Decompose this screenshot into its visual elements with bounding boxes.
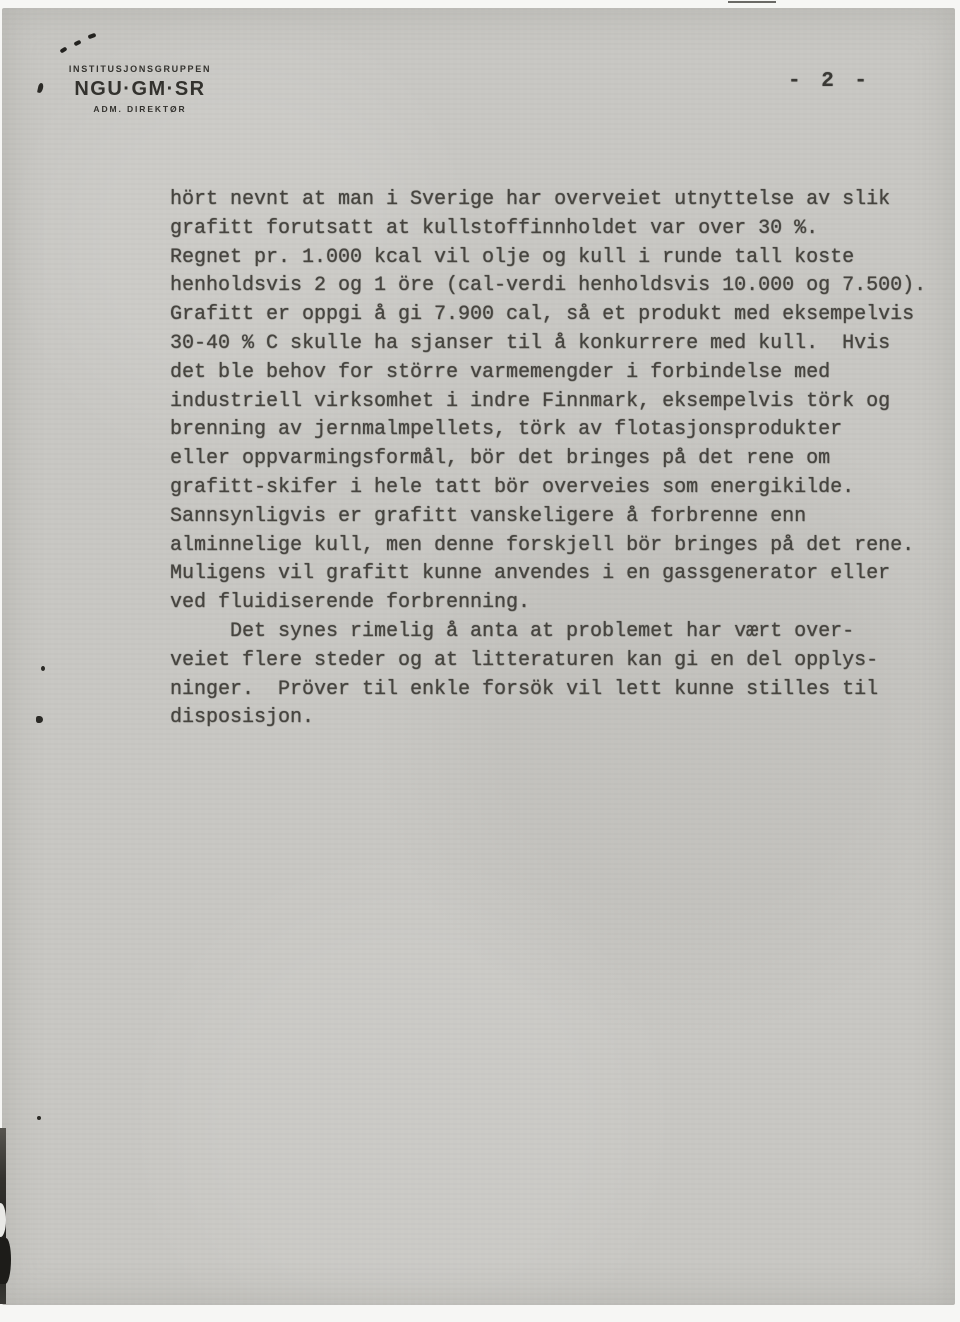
text-line: alminnelige kull, men denne forskjell bö… bbox=[170, 532, 930, 561]
text-line: 30-40 % C skulle ha sjanser til å konkur… bbox=[170, 330, 930, 359]
letterhead-director-title: ADM. DIREKTØR bbox=[60, 104, 220, 114]
text-line: ninger. Pröver til enkle forsök vil lett… bbox=[170, 676, 930, 705]
scan-canvas: INSTITUSJONSGRUPPEN NGU·GM·SR ADM. DIREK… bbox=[0, 0, 960, 1322]
letterhead-org-name: NGU·GM·SR bbox=[60, 78, 220, 101]
letterhead: INSTITUSJONSGRUPPEN NGU·GM·SR ADM. DIREK… bbox=[60, 64, 220, 114]
text-line: industriell virksomhet i indre Finnmark,… bbox=[170, 388, 930, 417]
letterhead-group-name: INSTITUSJONSGRUPPEN bbox=[60, 64, 220, 74]
text-line: grafitt forutsatt at kullstoffinnholdet … bbox=[170, 215, 930, 244]
ink-speck bbox=[88, 33, 97, 39]
text-line: Muligens vil grafitt kunne anvendes i en… bbox=[170, 560, 930, 589]
text-line: veiet flere steder og at litteraturen ka… bbox=[170, 647, 930, 676]
ink-speck bbox=[73, 40, 81, 47]
ink-speck bbox=[37, 83, 44, 94]
text-line: Sannsynligvis er grafitt vanskeligere å … bbox=[170, 503, 930, 532]
text-line: eller oppvarmingsformål, bör det bringes… bbox=[170, 445, 930, 474]
ink-speck bbox=[41, 666, 45, 671]
text-line: det ble behov for större varmemengder i … bbox=[170, 359, 930, 388]
scan-edge-line bbox=[728, 1, 776, 3]
text-line: brenning av jernmalmpellets, törk av flo… bbox=[170, 416, 930, 445]
text-line: grafitt-skifer i hele tatt bör overveies… bbox=[170, 474, 930, 503]
text-line: ved fluidiserende forbrenning. bbox=[170, 589, 930, 618]
ink-speck bbox=[59, 46, 67, 53]
text-line: disposisjon. bbox=[170, 704, 930, 733]
page-number: - 2 - bbox=[788, 70, 871, 93]
ink-speck bbox=[36, 716, 43, 723]
text-line-paragraph-start: Det synes rimelig å anta at problemet ha… bbox=[170, 618, 930, 647]
ink-speck bbox=[37, 1116, 41, 1120]
text-line: Regnet pr. 1.000 kcal vil olje og kull i… bbox=[170, 244, 930, 273]
text-line: henholdsvis 2 og 1 öre (cal-verdi henhol… bbox=[170, 272, 930, 301]
typed-text-block: hört nevnt at man i Sverige har overveie… bbox=[170, 186, 930, 733]
text-line: Grafitt er oppgi å gi 7.900 cal, så et p… bbox=[170, 301, 930, 330]
text-line: hört nevnt at man i Sverige har overveie… bbox=[170, 186, 930, 215]
